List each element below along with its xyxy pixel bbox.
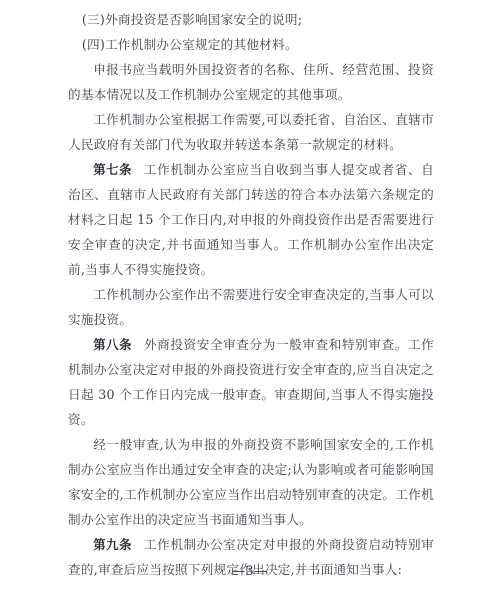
document-text-block: (三)外商投资是否影响国家安全的说明; (四)工作机制办公室规定的其他材料。 申… <box>68 7 434 582</box>
article-9-number: 第九条 <box>93 537 132 552</box>
document-page: (三)外商投资是否影响国家安全的说明; (四)工作机制办公室规定的其他材料。 申… <box>0 0 500 591</box>
article-7-text: 工作机制办公室应当自收到当事人提交或者省、自治区、直辖市人民政府有关部门转送的符… <box>68 162 434 277</box>
paragraph-delegation: 工作机制办公室根据工作需要,可以委托省、自治区、直辖市人民政府有关部门代为收取并… <box>68 107 434 157</box>
paragraph-article-7: 第七条工作机制办公室应当自收到当事人提交或者省、自治区、直辖市人民政府有关部门转… <box>68 157 434 282</box>
page-number: —3— <box>0 558 500 583</box>
paragraph-declaration-contents: 申报书应当载明外国投资者的名称、住所、经营范围、投资的基本情况以及工作机制办公室… <box>68 57 434 107</box>
paragraph-list-item-4: (四)工作机制办公室规定的其他材料。 <box>68 32 434 57</box>
paragraph-article-8: 第八条外商投资安全审查分为一般审查和特别审查。工作机制办公室决定对申报的外商投资… <box>68 332 434 432</box>
paragraph-general-review-result: 经一般审查,认为申报的外商投资不影响国家安全的,工作机制办公室应当作出通过安全审… <box>68 432 434 532</box>
paragraph-list-item-3: (三)外商投资是否影响国家安全的说明; <box>68 7 434 32</box>
paragraph-no-review-decision: 工作机制办公室作出不需要进行安全审查决定的,当事人可以实施投资。 <box>68 282 434 332</box>
article-8-number: 第八条 <box>93 337 132 352</box>
article-7-number: 第七条 <box>93 162 132 177</box>
